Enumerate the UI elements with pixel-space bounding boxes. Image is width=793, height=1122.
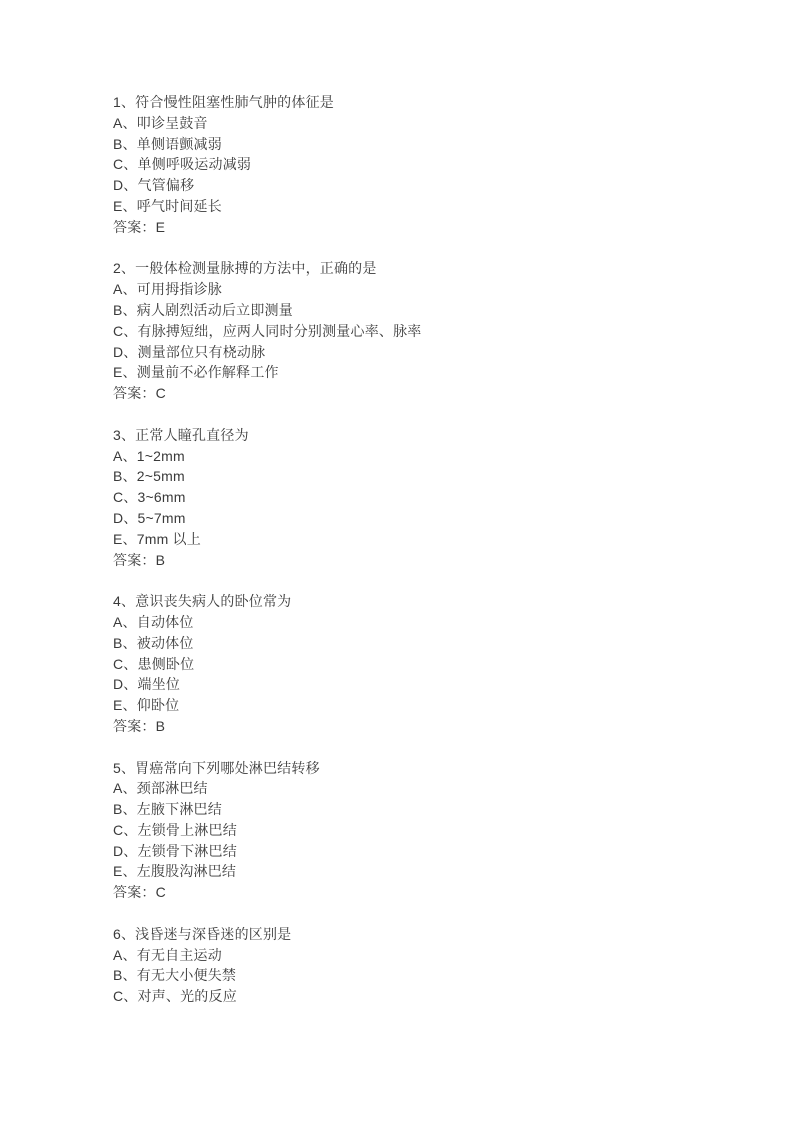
- option-line: E、左腹股沟淋巴结: [113, 861, 733, 882]
- document-page: 1、符合慢性阻塞性肺气肿的体征是A、叩诊呈鼓音B、单侧语颤减弱C、单侧呼吸运动减…: [0, 0, 793, 1122]
- questions-list: 1、符合慢性阻塞性肺气肿的体征是A、叩诊呈鼓音B、单侧语颤减弱C、单侧呼吸运动减…: [113, 92, 733, 1007]
- question-title: 6、浅昏迷与深昏迷的区别是: [113, 924, 733, 945]
- option-line: D、5~7mm: [113, 508, 733, 529]
- option-line: C、左锁骨上淋巴结: [113, 820, 733, 841]
- option-line: A、1~2mm: [113, 446, 733, 467]
- option-line: C、对声、光的反应: [113, 986, 733, 1007]
- question-title: 1、符合慢性阻塞性肺气肿的体征是: [113, 92, 733, 113]
- option-line: C、患侧卧位: [113, 654, 733, 675]
- option-line: A、自动体位: [113, 612, 733, 633]
- option-line: D、端坐位: [113, 674, 733, 695]
- option-line: E、7mm 以上: [113, 529, 733, 550]
- option-line: E、呼气时间延长: [113, 196, 733, 217]
- option-line: B、左腋下淋巴结: [113, 799, 733, 820]
- option-line: C、有脉搏短绌，应两人同时分别测量心率、脉率: [113, 321, 733, 342]
- question-block: 4、意识丧失病人的卧位常为A、自动体位B、被动体位C、患侧卧位D、端坐位E、仰卧…: [113, 591, 733, 737]
- option-line: A、颈部淋巴结: [113, 778, 733, 799]
- option-line: B、被动体位: [113, 633, 733, 654]
- option-line: C、单侧呼吸运动减弱: [113, 154, 733, 175]
- question-block: 5、胃癌常向下列哪处淋巴结转移A、颈部淋巴结B、左腋下淋巴结C、左锁骨上淋巴结D…: [113, 758, 733, 904]
- option-line: B、单侧语颤减弱: [113, 134, 733, 155]
- option-line: B、2~5mm: [113, 466, 733, 487]
- option-line: C、3~6mm: [113, 487, 733, 508]
- answer-line: 答案：B: [113, 550, 733, 571]
- answer-line: 答案：C: [113, 882, 733, 903]
- question-block: 3、正常人瞳孔直径为A、1~2mmB、2~5mmC、3~6mmD、5~7mmE、…: [113, 425, 733, 571]
- question-title: 3、正常人瞳孔直径为: [113, 425, 733, 446]
- option-line: D、气管偏移: [113, 175, 733, 196]
- question-title: 2、一般体检测量脉搏的方法中，正确的是: [113, 258, 733, 279]
- option-line: D、测量部位只有桡动脉: [113, 342, 733, 363]
- question-title: 4、意识丧失病人的卧位常为: [113, 591, 733, 612]
- option-line: E、测量前不必作解释工作: [113, 362, 733, 383]
- answer-line: 答案：E: [113, 217, 733, 238]
- answer-line: 答案：C: [113, 383, 733, 404]
- question-title: 5、胃癌常向下列哪处淋巴结转移: [113, 758, 733, 779]
- option-line: A、有无自主运动: [113, 945, 733, 966]
- option-line: A、可用拇指诊脉: [113, 279, 733, 300]
- answer-line: 答案：B: [113, 716, 733, 737]
- question-block: 6、浅昏迷与深昏迷的区别是A、有无自主运动B、有无大小便失禁C、对声、光的反应: [113, 924, 733, 1007]
- option-line: D、左锁骨下淋巴结: [113, 841, 733, 862]
- option-line: E、仰卧位: [113, 695, 733, 716]
- option-line: B、病人剧烈活动后立即测量: [113, 300, 733, 321]
- question-block: 2、一般体检测量脉搏的方法中，正确的是A、可用拇指诊脉B、病人剧烈活动后立即测量…: [113, 258, 733, 404]
- question-block: 1、符合慢性阻塞性肺气肿的体征是A、叩诊呈鼓音B、单侧语颤减弱C、单侧呼吸运动减…: [113, 92, 733, 238]
- option-line: A、叩诊呈鼓音: [113, 113, 733, 134]
- option-line: B、有无大小便失禁: [113, 965, 733, 986]
